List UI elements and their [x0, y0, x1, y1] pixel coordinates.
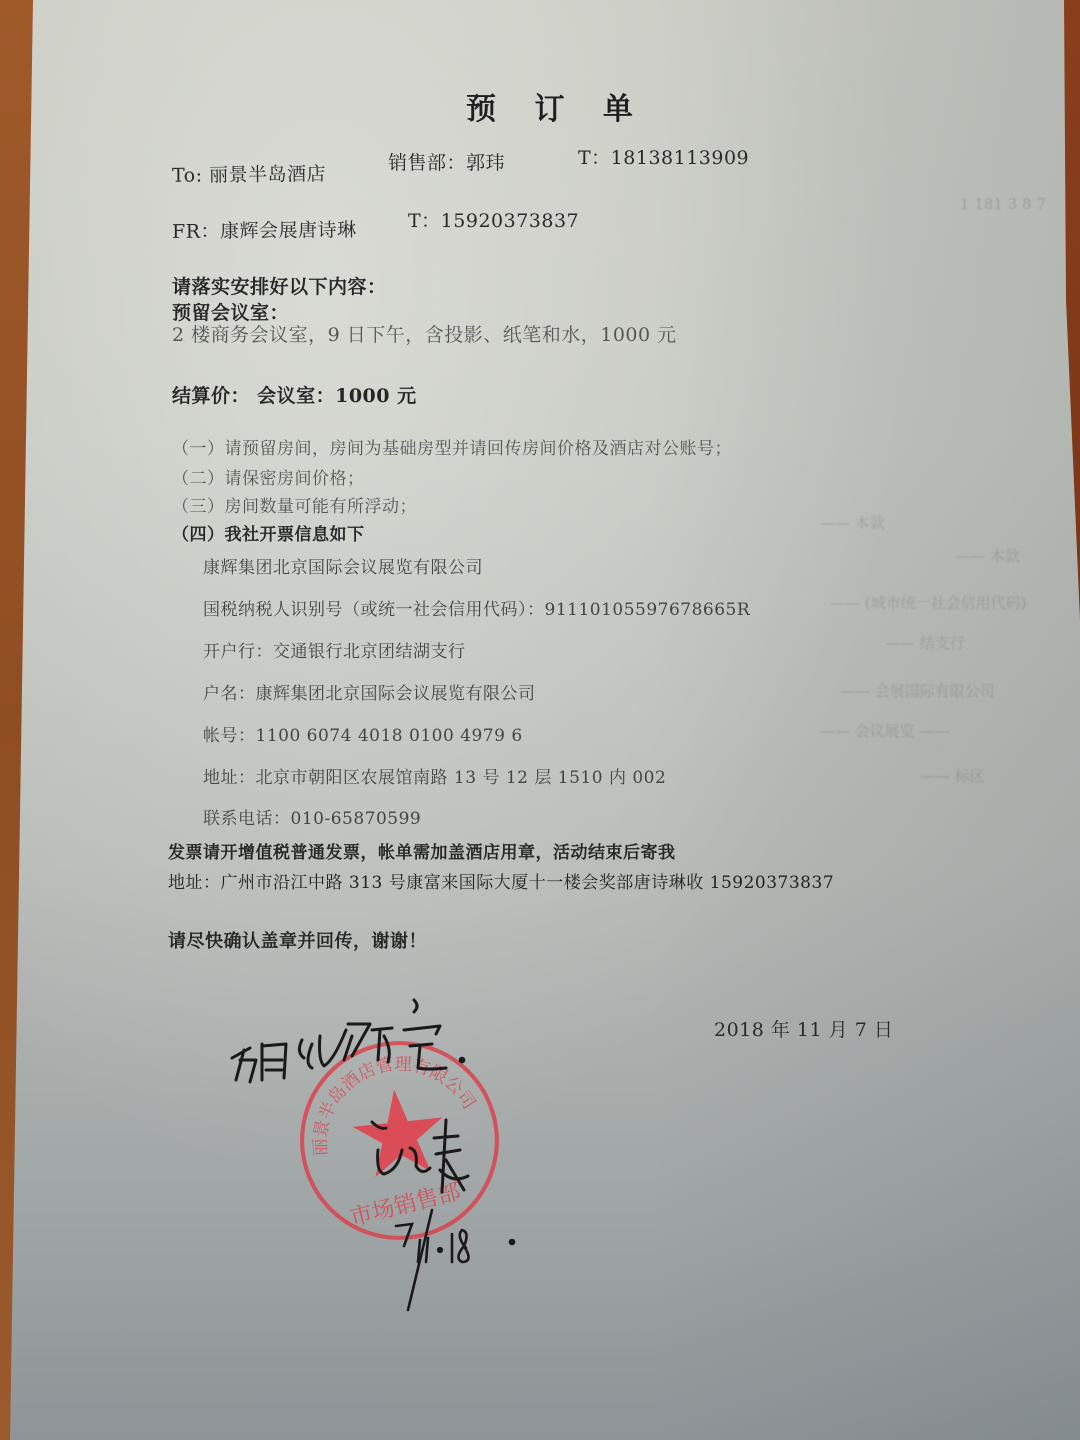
invoice-address: 地址：北京市朝阳区农展馆南路 13 号 12 层 1510 内 002: [203, 763, 666, 788]
show-through-text: —— 结支行: [885, 632, 965, 653]
reserve-detail: 2 楼商务会议室，9 日下午，含投影、纸笔和水，1000 元: [172, 320, 677, 347]
sales-contact: 销售部：郭玮: [388, 148, 505, 175]
invoice-bank: 开户行：交通银行北京团结湖支行: [203, 637, 466, 662]
sender: FR：康辉会展唐诗琳: [172, 215, 357, 244]
instruction-text: 请落实安排好以下内容：: [172, 272, 387, 299]
show-through-text: —— 会展国际有限公司: [840, 680, 995, 701]
stamp-department-text: 市场销售部: [347, 1179, 463, 1232]
invoice-phone: 联系电话：010-65870599: [203, 804, 421, 829]
recipient-hotel: To: 丽景半岛酒店: [172, 159, 326, 188]
sender-phone: T：15920373837: [408, 206, 579, 233]
settlement-price: 结算价： 会议室：1000 元: [172, 381, 417, 408]
note-2: （二）请保密房间价格；: [172, 464, 365, 489]
star-icon: [349, 1085, 448, 1179]
show-through-text: —— 本款: [955, 545, 1020, 566]
mailing-address: 地址：广州市沿江中路 313 号康富来国际大厦十一楼会奖部唐诗琳收 159203…: [168, 868, 834, 893]
note-1: （一）请预留房间，房间为基础房型并请回传房间价格及酒店对公账号；: [172, 434, 732, 459]
invoice-heading: （四）我社开票信息如下: [172, 520, 365, 545]
invoice-request: 发票请开增值税普通发票，帐单需加盖酒店用章，活动结束后寄我: [168, 838, 676, 863]
show-through-text: 1 181 3 8 7: [960, 195, 1046, 213]
recipient-phone: T：18138113909: [578, 143, 749, 170]
closing-request: 请尽快确认盖章并回传，谢谢！: [168, 927, 427, 953]
document-title: 预 订 单: [466, 84, 647, 128]
invoice-account-name: 户名：康辉集团北京国际会议展览有限公司: [203, 679, 536, 704]
note-3: （三）房间数量可能有所浮动；: [172, 492, 417, 517]
company-seal-stamp: 丽景半岛酒店管理有限公司 市场销售部: [287, 1028, 512, 1253]
show-through-text: —— (城市统一社会信用代码): [830, 592, 1026, 613]
show-through-text: —— 标区: [920, 765, 985, 786]
invoice-tax-id: 国税纳税人识别号（或统一社会信用代码）：91110105597678665R: [203, 595, 750, 620]
invoice-company: 康辉集团北京国际会议展览有限公司: [203, 553, 483, 578]
show-through-text: —— 会议展览 ——: [820, 720, 950, 741]
show-through-text: —— 本款: [820, 512, 885, 533]
invoice-account-number: 帐号：1100 6074 4018 0100 4979 6: [203, 721, 523, 746]
document-date: 2018 年 11 月 7 日: [714, 1015, 893, 1042]
